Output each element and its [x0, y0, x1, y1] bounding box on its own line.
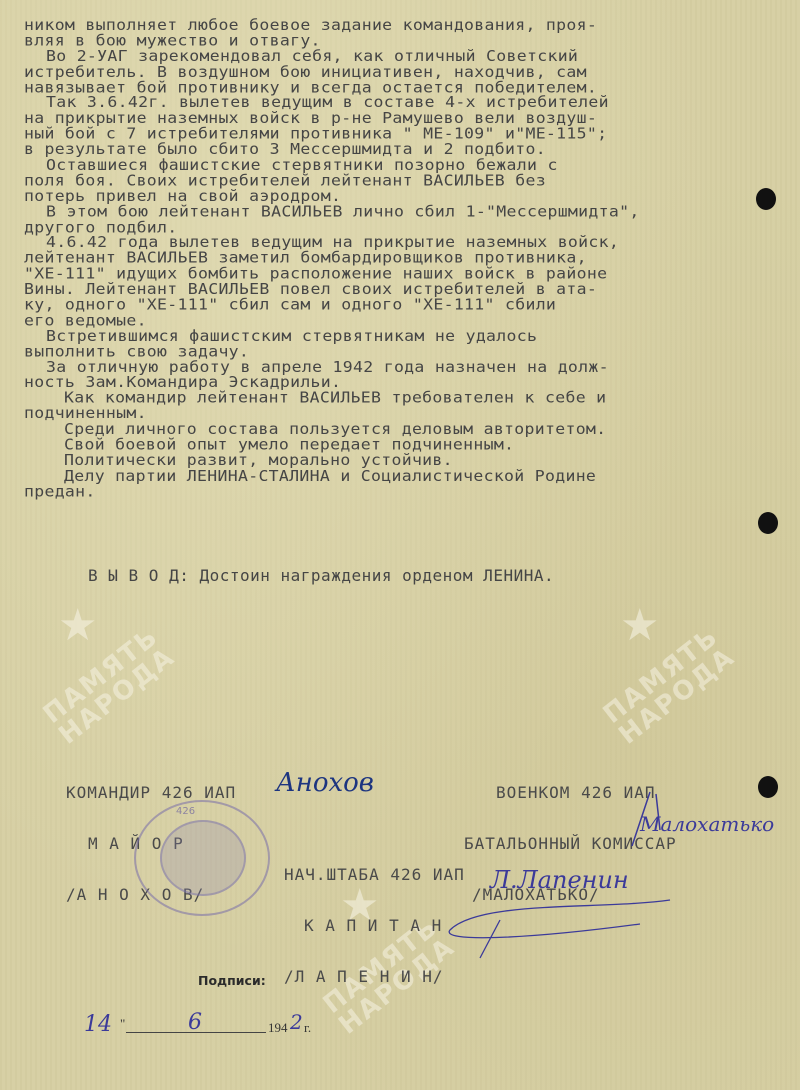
date-suffix: г.	[304, 1020, 311, 1036]
chief-of-staff-signature-flourish	[440, 880, 680, 960]
chief-of-staff-signature-block: НАЧ.ШТАБА 426 ИАП К А П И Т А Н /Л А П Е…	[284, 832, 465, 1019]
citation-line: предан.	[24, 484, 764, 500]
stamp-emblem	[160, 820, 246, 896]
watermark-star-icon: ★	[620, 600, 659, 651]
date-quote-mark: "	[120, 1016, 125, 1032]
punch-hole	[756, 188, 776, 210]
date-year-prefix: 194	[268, 1020, 288, 1036]
watermark-star-icon: ★	[58, 600, 97, 651]
date-year-digit: 2	[290, 1010, 303, 1034]
signatures-label: Подписи:	[198, 973, 266, 988]
date-field: 14 " 6 194 2 г.	[70, 1010, 320, 1040]
chief-of-staff-rank: К А П И Т А Н	[284, 917, 465, 934]
commander-title: КОМАНДИР 426 ИАП	[66, 784, 236, 801]
date-month: 6	[188, 1010, 202, 1035]
commander-handwritten-signature: Анохов	[276, 768, 374, 798]
chief-of-staff-title: НАЧ.ШТАБА 426 ИАП	[284, 866, 465, 883]
punch-hole	[758, 776, 778, 798]
conclusion-line: В Ы В О Д: Достоин награждения орденом Л…	[88, 566, 554, 585]
stamp-text: 426	[176, 806, 195, 817]
date-day: 14	[84, 1012, 112, 1037]
citation-line: Делу партии ЛЕНИНА-СТАЛИНА и Социалистич…	[24, 469, 764, 485]
chief-of-staff-name: /Л А П Е Н И Н/	[284, 968, 465, 985]
commissar-signature-stroke	[620, 790, 680, 850]
award-citation-text: ником выполняет любое боевое задание ком…	[24, 18, 764, 500]
document-page: ником выполняет любое боевое задание ком…	[0, 0, 800, 1090]
official-stamp: 426	[134, 800, 270, 916]
punch-hole	[758, 512, 778, 534]
